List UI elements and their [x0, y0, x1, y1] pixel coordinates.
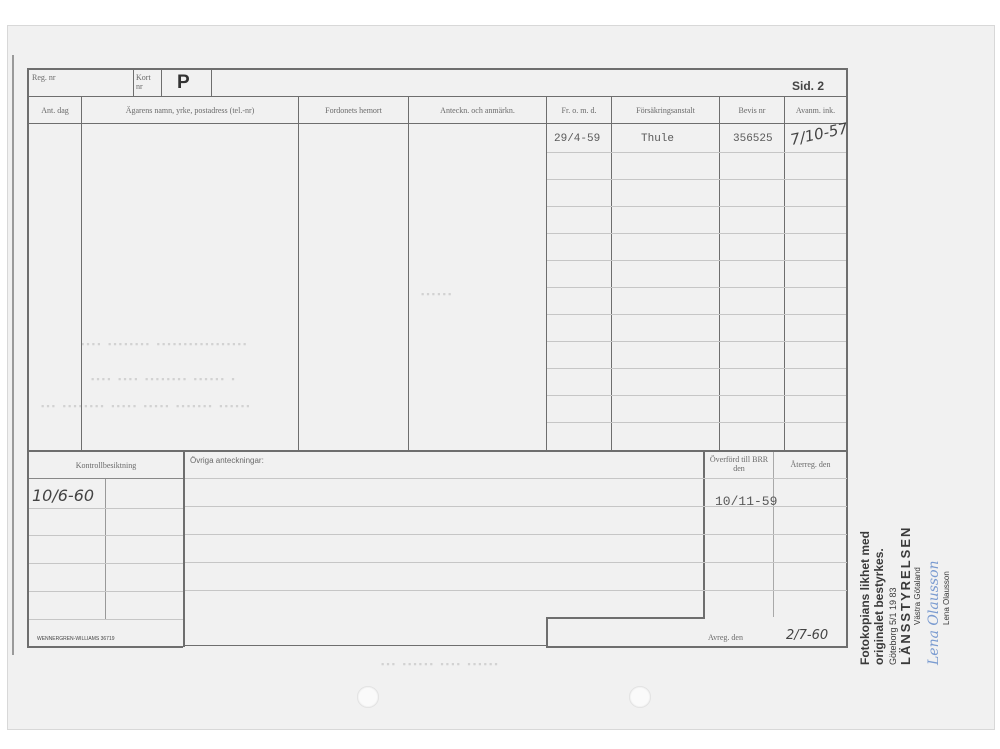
bleed-through-text: ▪▪▪ ▪▪▪▪▪▪ ▪▪▪▪ ▪▪▪▪▪▪ [380, 660, 499, 670]
kort-nr-label: Kort nr [136, 73, 158, 91]
row-line [547, 179, 846, 180]
row-line [547, 206, 846, 207]
control-row-line [29, 619, 183, 620]
col-divider [719, 96, 720, 451]
row-line [547, 341, 846, 342]
stamp-signature: Lena Olausson [926, 515, 942, 665]
col-divider [298, 96, 299, 451]
row-line [547, 422, 846, 423]
column-header-divider [27, 123, 847, 124]
notes-line [185, 562, 847, 563]
row-line [547, 260, 846, 261]
from-date-cell: 29/4-59 [554, 133, 600, 145]
column-header: Ägarens namn, yrke, postadress (tel.-nr) [82, 106, 298, 115]
column-header: Fordonets hemort [299, 106, 408, 115]
avreg-bottom-border [546, 646, 847, 648]
avreg-left-border [546, 617, 548, 648]
deregistered-date: 2/7-60 [786, 628, 828, 643]
notes-bottom-border [183, 645, 548, 646]
column-header: Fr. o. m. d. [547, 106, 611, 115]
control-header-divider [29, 478, 183, 479]
stamp-line2: originalet bestyrkes. [872, 515, 886, 665]
row-line [547, 287, 846, 288]
avreg-top-border [546, 617, 705, 619]
column-header: Avanm. ink. [785, 106, 846, 115]
row-line [547, 152, 846, 153]
bottom-border-left [27, 646, 183, 648]
col-divider [546, 96, 547, 451]
column-header: Ant. dag [29, 106, 81, 115]
row-line [547, 233, 846, 234]
reg-kort-divider [133, 68, 134, 96]
binder-hole [357, 686, 379, 708]
bleed-through-text: ▪▪▪▪ ▪▪▪▪ ▪▪▪▪▪▪▪▪ ▪▪▪▪▪▪ ▪ [90, 375, 236, 385]
transferred-label: Överförd till BRR den [706, 455, 772, 473]
stamp-signer-name: Lena Olausson [942, 515, 951, 665]
certificate-no-cell: 356525 [733, 133, 773, 145]
deregistered-label: Avreg. den [708, 633, 743, 642]
border-left [27, 68, 29, 453]
control-date: 10/6-60 [32, 486, 94, 505]
column-header: Bevis nr [720, 106, 784, 115]
column-header: Anteckn. och anmärkn. [409, 106, 546, 115]
border-top [27, 68, 847, 70]
header-divider [27, 96, 847, 97]
left-margin-line [12, 55, 14, 655]
insurer-cell: Thule [641, 133, 674, 145]
control-label: Kontrollbesiktning [29, 461, 183, 470]
border-right [846, 68, 848, 648]
control-row-line [29, 535, 183, 536]
kort-end-divider [211, 68, 212, 96]
bottom-section-top-border [27, 450, 847, 452]
control-row-line [29, 563, 183, 564]
kort-value: P [177, 72, 190, 94]
transferred-date: 10/11-59 [715, 494, 777, 509]
kort-value-divider [161, 68, 162, 96]
control-row-line [29, 508, 183, 509]
bleed-through-text: ▪▪▪▪ ▪▪▪▪▪▪▪▪ ▪▪▪▪▪▪▪▪▪▪▪▪▪▪▪▪▪ [80, 340, 247, 350]
other-notes-label: Övriga anteckningar: [190, 456, 264, 465]
notes-line [185, 590, 847, 591]
certification-stamp: Fotokopians likhet med originalet bestyr… [858, 515, 978, 665]
row-line [547, 395, 846, 396]
reregistered-label: Återreg. den [775, 460, 846, 469]
row-line [547, 314, 846, 315]
control-row-line [29, 591, 183, 592]
row-line [547, 368, 846, 369]
col-divider [784, 96, 785, 451]
bleed-through-text: ▪▪▪▪▪▪ [420, 290, 452, 300]
col-divider [81, 96, 82, 451]
notes-line [185, 534, 847, 535]
stamp-region: Västra Götaland [913, 515, 922, 665]
bleed-through-text: ▪▪▪ ▪▪▪▪▪▪▪▪ ▪▪▪▪▪ ▪▪▪▪▪ ▪▪▪▪▪▪▪ ▪▪▪▪▪▪ [40, 402, 251, 412]
col-divider [408, 96, 409, 451]
stamp-authority: LÄNSSTYRELSEN [898, 515, 913, 665]
notes-left-border [183, 450, 185, 647]
stamp-place-date: Göteborg 5/1 19 83 [888, 515, 898, 665]
control-col-divider [105, 479, 106, 619]
column-header: Försäkringsanstalt [612, 106, 719, 115]
stamp-line1: Fotokopians likhet med [858, 515, 872, 665]
page-number: Sid. 2 [792, 79, 824, 93]
notes-line [185, 478, 847, 479]
col-divider [611, 96, 612, 451]
bottom-left-border [27, 450, 29, 647]
printer-mark: WENNERGREN-WILLIAMS 36719 [37, 636, 115, 642]
reg-nr-label: Reg. nr [32, 73, 56, 82]
binder-hole [629, 686, 651, 708]
